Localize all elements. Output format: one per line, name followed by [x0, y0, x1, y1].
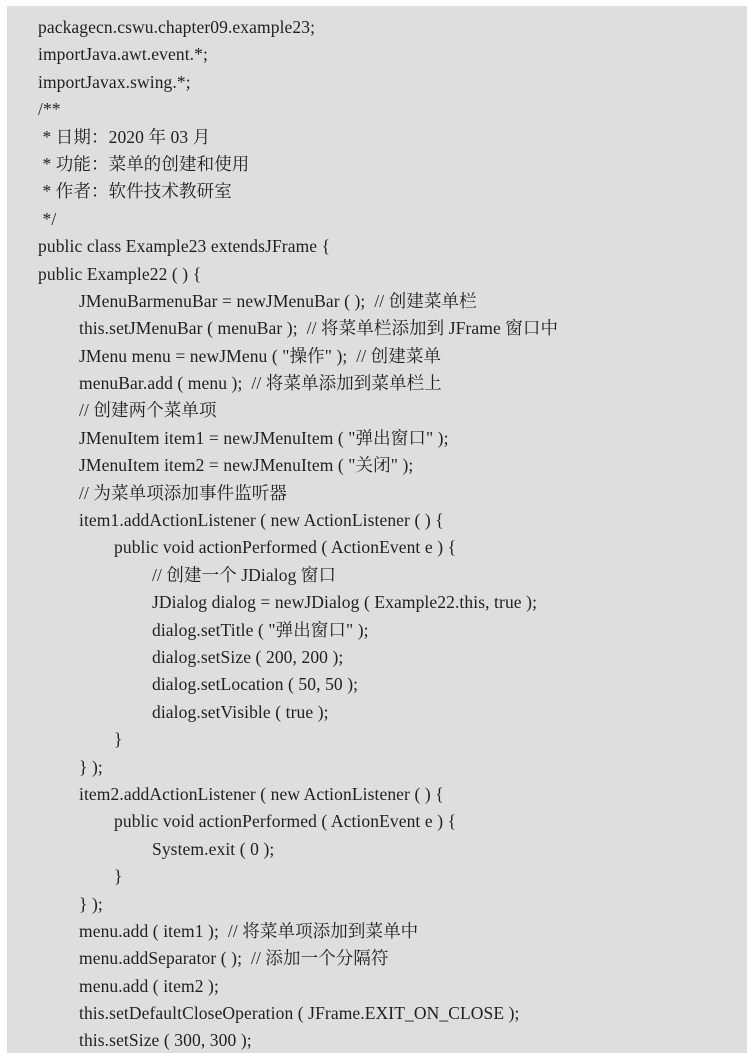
code-listing: packagecn.cswu.chapter09.example23;impor…	[7, 6, 747, 1053]
code-line: item2.addActionListener ( new ActionList…	[38, 781, 737, 808]
code-line: this.setJMenuBar ( menuBar ); // 将菜单栏添加到…	[38, 315, 737, 342]
code-line: menu.addSeparator ( ); // 添加一个分隔符	[38, 945, 737, 972]
code-line: item1.addActionListener ( new ActionList…	[38, 507, 737, 534]
code-line: importJavax.swing.*;	[38, 69, 737, 96]
code-line: JMenuItem item2 = newJMenuItem ( "关闭" );	[38, 452, 737, 479]
code-line: JMenuBarmenuBar = newJMenuBar ( ); // 创建…	[38, 288, 737, 315]
code-line: dialog.setLocation ( 50, 50 );	[38, 671, 737, 698]
code-line: JDialog dialog = newJDialog ( Example22.…	[38, 589, 737, 616]
code-line: // 创建两个菜单项	[38, 397, 737, 424]
code-line: System.exit ( 0 );	[38, 836, 737, 863]
code-line: this.setDefaultCloseOperation ( JFrame.E…	[38, 1000, 737, 1027]
code-line: JMenu menu = newJMenu ( "操作" ); // 创建菜单	[38, 343, 737, 370]
code-line: dialog.setTitle ( "弹出窗口" );	[38, 617, 737, 644]
code-line: * 作者：软件技术教研室	[38, 178, 737, 205]
code-line: * 功能：菜单的创建和使用	[38, 151, 737, 178]
code-line: }	[38, 726, 737, 753]
code-line: menu.add ( item1 ); // 将菜单项添加到菜单中	[38, 918, 737, 945]
code-line: this.setSize ( 300, 300 );	[38, 1027, 737, 1053]
code-line: /**	[38, 96, 737, 123]
code-line: // 为菜单项添加事件监听器	[38, 480, 737, 507]
code-line: dialog.setVisible ( true );	[38, 699, 737, 726]
code-line: public void actionPerformed ( ActionEven…	[38, 808, 737, 835]
code-line: }	[38, 863, 737, 890]
code-line: menuBar.add ( menu ); // 将菜单添加到菜单栏上	[38, 370, 737, 397]
code-line: * 日期：2020 年 03 月	[38, 124, 737, 151]
code-line: dialog.setSize ( 200, 200 );	[38, 644, 737, 671]
code-line: public class Example23 extendsJFrame {	[38, 233, 737, 260]
code-line: */	[38, 206, 737, 233]
code-line: } );	[38, 754, 737, 781]
code-line: menu.add ( item2 );	[38, 973, 737, 1000]
code-line: // 创建一个 JDialog 窗口	[38, 562, 737, 589]
code-line: packagecn.cswu.chapter09.example23;	[38, 14, 737, 41]
code-line: JMenuItem item1 = newJMenuItem ( "弹出窗口" …	[38, 425, 737, 452]
code-line: importJava.awt.event.*;	[38, 41, 737, 68]
code-line: public Example22 ( ) {	[38, 261, 737, 288]
code-line: } );	[38, 891, 737, 918]
document-page: packagecn.cswu.chapter09.example23;impor…	[0, 0, 747, 1053]
code-line: public void actionPerformed ( ActionEven…	[38, 534, 737, 561]
